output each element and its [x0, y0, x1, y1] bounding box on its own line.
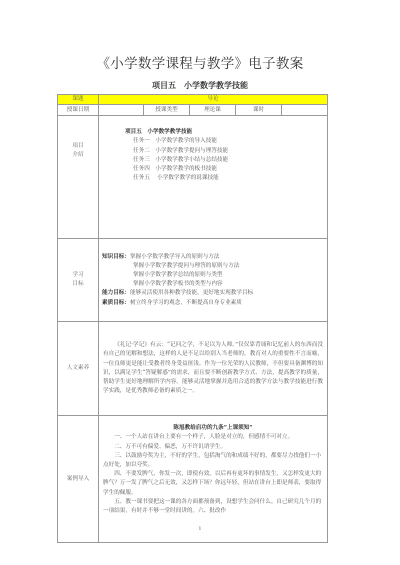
knowledge-goal-item: 掌握小学数学教学提问与理答的原则与方法	[102, 262, 327, 271]
lesson-plan-table: 课题 导论 授课日期 授课类型 理论课 课时 项目 介绍 项目五 小学数学教学技…	[57, 94, 328, 543]
humanities-row: 人文素养 《礼记·学记》有云：“记问之学，不足以为人师。”仅仅靠背诵和记忆前人的…	[58, 322, 328, 416]
humanities-label: 人文素养	[58, 322, 99, 416]
case-paragraph: 一、一个人站在讲台上要有一个样子，人脸是对立的，但感情不可对立。	[103, 433, 323, 442]
type-label: 授课类型	[144, 105, 190, 116]
task-item: 任务五 小学数学教学的说课技能	[99, 174, 327, 183]
document-subtitle: 项目五 小学数学教学技能	[0, 80, 400, 91]
intro-row: 项目 介绍 项目五 小学数学教学技能 任务一 小学数学教学的导入技能 任务二 小…	[58, 116, 328, 239]
document-title: 《小学数学课程与教学》电子教案	[0, 52, 400, 72]
goals-label: 学习 目标	[58, 239, 99, 322]
hours-value	[282, 105, 328, 116]
type-value: 理论课	[190, 105, 236, 116]
goals-label-line2: 目标	[58, 280, 98, 289]
info-row: 授课日期 授课类型 理论课 课时	[58, 105, 328, 116]
quality-goal-label: 素质目标：	[102, 300, 130, 306]
knowledge-goal-label: 知识目标：	[102, 254, 130, 260]
goals-row: 学习 目标 知识目标：掌握小学数学教学导入的原则与方法 掌握小学数学教学提问与理…	[58, 239, 328, 322]
intro-label-line1: 项目	[58, 142, 98, 151]
goals-content: 知识目标：掌握小学数学教学导入的原则与方法 掌握小学数学教学提问与理答的原则与方…	[99, 239, 328, 322]
page-number: 1	[0, 526, 400, 532]
case-paragraph: 二、万不可有偏爱、偏恶，万不许讥诮学生。	[103, 443, 323, 452]
ability-goal-label: 能力目标：	[102, 290, 130, 296]
intro-heading: 项目五 小学数学教学技能	[99, 128, 327, 137]
goals-label-line1: 学习	[58, 271, 98, 280]
case-paragraph: 三、以鼓励夸奖为主，不好的学生，包括淘气的和成绩不好的，都要尽力找他们一小点好处…	[103, 452, 323, 470]
intro-content: 项目五 小学数学教学技能 任务一 小学数学教学的导入技能 任务二 小学数学教学提…	[99, 116, 328, 239]
case-title: 陈旭教给启功的九条“上课须知”	[103, 416, 323, 433]
topic-row: 课题 导论	[58, 95, 328, 105]
knowledge-goal-item: 掌握小学数学教学板书的类型与内容	[102, 280, 327, 289]
knowledge-goal: 知识目标：掌握小学数学教学导入的原则与方法	[102, 253, 327, 262]
case-clip: 陈旭教给启功的九条“上课须知” 一、一个人站在讲台上要有一个样子，人脸是对立的，…	[103, 416, 323, 516]
ability-goal-text: 能够灵活使用各种教学技能，更好地实现教学目标	[130, 290, 253, 296]
case-paragraph: 四、不要发脾气，你发一次，即使有效，以后再有更坏的事情发生，又怎样发更大的脾气？…	[103, 470, 323, 498]
date-value	[99, 105, 144, 116]
knowledge-goal-item: 掌握小学数学教学导入的原则与方法	[130, 254, 220, 260]
quality-goal: 素质目标：树立终身学习的观念，不断提高自身专业素质	[102, 299, 327, 308]
case-row: 案例导入 陈旭教给启功的九条“上课须知” 一、一个人站在讲台上要有一个样子，人脸…	[58, 416, 328, 543]
task-item: 任务四 小学数学教学的板书技能	[99, 165, 327, 174]
case-content: 陈旭教给启功的九条“上课须知” 一、一个人站在讲台上要有一个样子，人脸是对立的，…	[99, 416, 328, 543]
topic-label: 课题	[58, 95, 99, 105]
knowledge-goal-item: 掌握小学数学教学总结的原则与类型	[102, 271, 327, 280]
quality-goal-text: 树立终身学习的观念，不断提高自身专业素质	[130, 300, 242, 306]
task-item: 任务三 小学数学教学小结与总结技能	[99, 156, 327, 165]
date-label: 授课日期	[58, 105, 99, 116]
task-item: 任务一 小学数学教学的导入技能	[99, 137, 327, 146]
intro-label-line2: 介绍	[58, 151, 98, 160]
hours-label: 课时	[236, 105, 282, 116]
humanities-content: 《礼记·学记》有云：“记问之学，不足以为人师。”仅仅靠背诵和记忆前人的东西而没有…	[99, 322, 328, 416]
ability-goal: 能力目标：能够灵活使用各种教学技能，更好地实现教学目标	[102, 289, 327, 298]
topic-value: 导论	[99, 95, 328, 105]
intro-label: 项目 介绍	[58, 116, 99, 239]
case-paragraph: 五、教一课书要把这一课的各方面都预备到，设想学生会问什么。自己研究几个月的一项结…	[103, 498, 323, 516]
humanities-text: 《礼记·学记》有云：“记问之学，不足以为人师。”仅仅靠背诵和记忆前人的东西而没有…	[103, 341, 323, 396]
case-label: 案例导入	[58, 416, 99, 543]
task-item: 任务二 小学数学教学提问与理答技能	[99, 147, 327, 156]
